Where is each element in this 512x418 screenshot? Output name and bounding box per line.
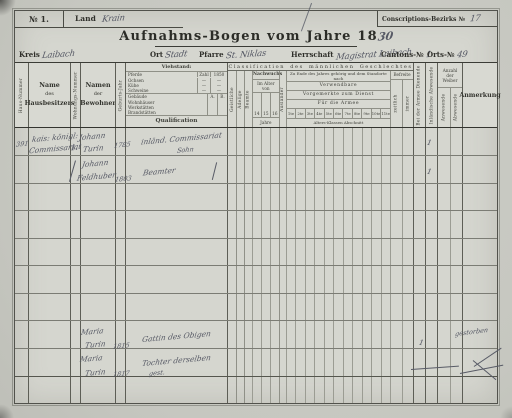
column-remark: Anmerkung — [462, 63, 497, 127]
column-remark-label: Anmerkung — [459, 92, 500, 99]
scanned-census-sheet: № 1. Land Krain Conscriptions-Bezirks № … — [0, 0, 512, 418]
entry-tally-mark: 1 — [418, 337, 425, 347]
nachwuchs-title: Nachwuchs — [253, 71, 279, 80]
title-year-handwritten: 30 — [377, 29, 394, 43]
class-rotated-col: Geistliche — [228, 71, 236, 127]
women-col-label: Abwesende — [454, 94, 459, 122]
kreis-value-handwritten: Laibach — [41, 47, 76, 63]
pfarre-value-handwritten: St. Niklas — [225, 47, 267, 64]
age-class-col: 5te — [324, 109, 333, 118]
buildings-subbox: Gebäude Wohnhäuser Werkstätten Brandstät… — [126, 94, 227, 116]
befreite-group: Befreite zeitlich immer — [390, 71, 413, 127]
age-class-col: 4te — [314, 109, 323, 118]
orts-value-handwritten: 49 — [456, 48, 468, 63]
form-number: № 1. — [15, 11, 64, 28]
fuer-die-armee-row: Für die Armee — [287, 100, 390, 109]
women-col-label: Anwesende — [441, 94, 446, 122]
conscription-value-handwritten: 17 — [469, 11, 482, 28]
column-army-serving-label: Bei der Armee Dienende — [417, 65, 422, 125]
row-line — [15, 238, 497, 239]
age-class-col: 10te — [371, 109, 381, 118]
class-rotated-label: Ausländer — [280, 87, 285, 112]
pen-strike — [411, 365, 459, 369]
column-owner-name: Name des Hausbesitzers — [28, 63, 70, 127]
age-class-col: 1te — [287, 109, 295, 118]
pfarre-label: Pfarre — [199, 50, 224, 59]
ort-value-handwritten: Stadt — [164, 47, 188, 63]
column-house-number-label: Haus-Nummer — [19, 77, 24, 112]
pen-slash-mark — [301, 3, 312, 32]
land-label: Land — [75, 14, 96, 23]
age-class-col: 7te — [342, 109, 351, 118]
age-class-columns: 1te 2te 3te 4te 5te 6te 7te 8te 9te 10te… — [287, 109, 390, 119]
livestock-rows: Pferde Zahl 1850 Ochsen — — Kühe — — Sch… — [126, 72, 227, 94]
age-class-col: 3te — [305, 109, 314, 118]
pen-flourish — [69, 160, 76, 181]
entry-birth-year: 1785 — [113, 140, 131, 150]
nachwuchs-sub: Im Alter von — [253, 80, 279, 93]
residents-line2: der — [94, 91, 103, 99]
age-class-col: 2te — [295, 109, 304, 118]
befreite-col-label: zeitlich — [394, 94, 399, 112]
herrschaft-label: Herrschaft — [291, 50, 334, 59]
entry-resident: Turin — [84, 339, 106, 350]
entry-birth-year: 1803 — [114, 174, 132, 184]
row-line — [15, 293, 497, 294]
kreis-label: Kreis — [19, 50, 40, 59]
column-apartment-label: Wohnungs-Nummer — [73, 71, 78, 119]
column-apartment-number: Wohnungs-Nummer — [70, 63, 80, 127]
dash-mark: — — [197, 88, 210, 93]
column-army-serving: Bei der Armee Dienende — [413, 63, 425, 127]
befreite-col: zeitlich — [391, 80, 402, 127]
befreite-title: Befreite — [391, 71, 413, 80]
dash-mark: — — [210, 88, 227, 93]
entry-resident: Turin — [82, 143, 104, 154]
age-class-col: 9te — [361, 109, 370, 118]
row-line — [15, 210, 497, 211]
class-rotated-col: Beamte — [244, 71, 252, 127]
entry-apartment-number: 1. — [70, 142, 79, 152]
entry-qualification: Gattin des Obigen — [141, 329, 211, 344]
column-birth-year-label: Geburts-Jahr — [118, 79, 123, 111]
age-class-col: 11te — [380, 109, 390, 118]
class-rotated-label: Adelige — [238, 90, 243, 109]
classification-block: Classification des männlichen Geschlecht… — [227, 63, 413, 127]
building-col-b: B. — [218, 94, 227, 101]
entry-qualification: Beamter — [142, 165, 176, 177]
befreite-col: immer — [402, 80, 414, 127]
building-col-a: A. — [208, 94, 217, 101]
nachwuchs-group: Nachwuchs Im Alter von 14 15 16 Jahre — [252, 71, 279, 127]
residents-line1: Namen — [85, 81, 110, 91]
entry-birth-year: 1817 — [112, 369, 130, 379]
pen-flourish — [212, 162, 217, 180]
entry-qualification: gest. — [148, 368, 165, 378]
land-field: Land Krain — [63, 11, 183, 28]
age-col: 14 — [253, 93, 261, 116]
form-title-text: Aufnahms-Bogen vom Jahre 18 — [119, 29, 378, 44]
age-class-col: 6te — [333, 109, 342, 118]
conscription-label: Conscriptions-Bezirks № — [382, 16, 465, 23]
row-line — [15, 265, 497, 266]
conscription-district-field: Conscriptions-Bezirks № 17 — [377, 11, 497, 27]
women-col: Anwesende — [438, 88, 450, 127]
column-absent-label: Inländische Abwesende — [429, 66, 434, 124]
qualification-header: Qualification — [126, 116, 227, 127]
column-house-number: Haus-Nummer — [15, 63, 28, 127]
armee-group: Zu Ende des Jahres gehörig und dem Stand… — [286, 71, 390, 127]
vorgemerkte-row: Vorgemerkte zum Dienst — [287, 91, 390, 100]
livestock-row-label: Schweine — [126, 88, 197, 93]
entry-qualification: inländ. Commissariat — [140, 130, 222, 146]
class-rotated-label: Beamte — [246, 90, 251, 108]
entry-birth-year: 1815 — [112, 341, 130, 351]
residents-line3: Bewohner — [80, 99, 115, 109]
column-absent: Inländische Abwesende — [425, 63, 437, 127]
entry-tally-mark: 1 — [426, 137, 433, 147]
verwendbare-row: Verwendbare — [287, 82, 390, 91]
entry-resident: Turin — [84, 367, 106, 378]
nachwuchs-footer: Jahre — [253, 118, 279, 127]
entry-resident: Johann — [78, 130, 106, 141]
entry-resident: Feldhuber — [76, 170, 116, 183]
entry-resident: Johann — [81, 157, 109, 168]
column-birth-year: Geburts-Jahr — [115, 63, 125, 127]
land-value-handwritten: Krain — [101, 10, 126, 28]
armee-footer: Alters-Klassen Abschnitt — [287, 119, 390, 127]
owner-line1: Name — [39, 81, 60, 91]
entry-qualification: Tochter derselben — [141, 353, 211, 368]
entry-qualification: Sohn — [176, 145, 194, 155]
classification-title: Classification des männlichen Geschlecht… — [228, 63, 413, 71]
orts-label: Orts-№ — [427, 50, 454, 59]
entry-resident: Maria — [79, 353, 103, 364]
body-overlay: 391 kais: königl: Commissariat 1. Johann… — [15, 128, 497, 403]
livestock-title: Viehstand: — [126, 63, 227, 72]
table-header: Haus-Nummer Name des Hausbesitzers Wohnu… — [15, 62, 497, 128]
row-line — [15, 155, 497, 156]
women-count-title: Anzahl der Weiber — [438, 63, 462, 88]
owner-line2: des — [45, 91, 54, 99]
class-rotated-label: Geistliche — [229, 87, 234, 112]
ort-label: Ort — [150, 50, 163, 59]
livestock-qualification-box: Viehstand: Pferde Zahl 1850 Ochsen — — K… — [125, 63, 227, 127]
befreite-col-label: immer — [405, 96, 410, 112]
column-residents: Namen der Bewohner — [80, 63, 115, 127]
building-row-label: Brandstätten — [126, 110, 207, 115]
entry-remark: gestorben — [455, 325, 489, 337]
entry-resident: Maria — [80, 326, 104, 337]
entry-house-number: 391 — [15, 139, 29, 148]
class-rotated-col: Ausländer — [279, 71, 286, 127]
age-class-col: 8te — [352, 109, 361, 118]
entry-tally-mark: 1 — [426, 166, 433, 176]
pen-strike — [474, 347, 502, 366]
armee-group-header: Zu Ende des Jahres gehörig und dem Stand… — [287, 71, 390, 82]
age-col: 15 — [261, 93, 270, 116]
location-fields-row: Kreis Laibach Ort Stadt Pfarre St. Nikla… — [15, 48, 497, 62]
row-line — [15, 320, 497, 321]
owner-line3: Hausbesitzers — [25, 99, 75, 109]
form-title: Aufnahms-Bogen vom Jahre 1830 — [15, 29, 497, 44]
aufnahms-bogen-form: № 1. Land Krain Conscriptions-Bezirks № … — [14, 10, 498, 404]
canton-label: Cantons-№ — [381, 50, 424, 59]
class-rotated-col: Adelige — [236, 71, 244, 127]
row-line — [15, 183, 497, 184]
age-col: 16 — [270, 93, 279, 116]
